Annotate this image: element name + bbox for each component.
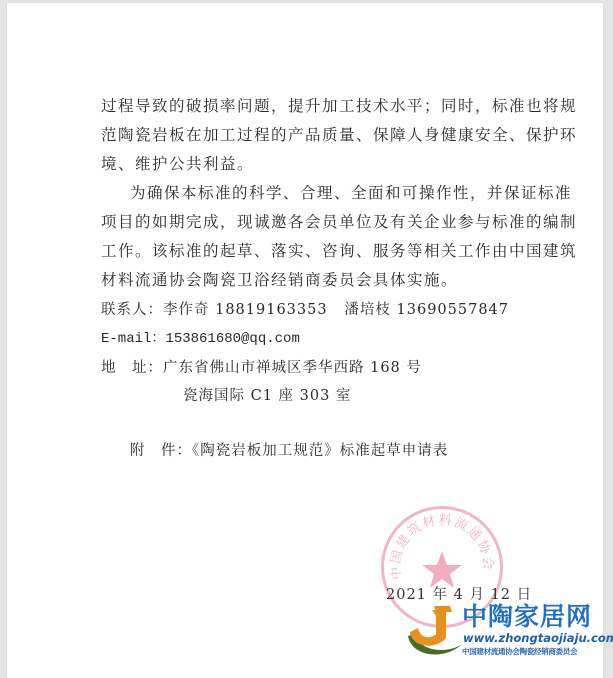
paragraph2-line1: 为确保本标准的科学、合理、全面和可操作性，并保证标准	[130, 181, 572, 203]
address-line1: 广东省佛山市禅城区季华西路 168 号	[163, 360, 422, 376]
watermark-subtitle: 中国建材流通协会陶瓷经销商委员会	[462, 646, 577, 657]
email-label: E-mail：	[101, 331, 165, 347]
paragraph2-line4: 材料流通协会陶瓷卫浴经销商委员会具体实施。	[101, 268, 458, 290]
paragraph1-line2: 范陶瓷岩板在加工过程的产品质量、保障人身健康安全、保护环	[101, 123, 577, 145]
contact-label: 联系人：	[101, 302, 163, 318]
paragraph1-line3: 境、维护公共利益。	[101, 152, 254, 174]
zhongtao-logo-icon	[406, 602, 464, 662]
paragraph2-line2: 项目的如期完成，现诚邀各会员单位及有关企业参与标准的编制	[101, 210, 577, 232]
contact-person2: 潘培枝 13690557847	[344, 302, 509, 318]
contact-row: 联系人：李作奇 18819163353 潘培枝 13690557847	[101, 298, 509, 319]
document-page: 过程导致的破损率问题，提升加工技术水平；同时，标准也将规 范陶瓷岩板在加工过程的…	[7, 3, 603, 678]
address-row: 地 址：广东省佛山市禅城区季华西路 168 号	[101, 356, 422, 377]
contact-person1: 李作奇 18819163353	[163, 302, 328, 318]
email-row: E-mail：153861680@qq.com	[101, 327, 300, 347]
paragraph1-line1: 过程导致的破损率问题，提升加工技术水平；同时，标准也将规	[101, 94, 577, 116]
attachment-row: 附 件：《陶瓷岩板加工规范》标准起草申请表	[130, 439, 448, 460]
paragraph2-line3: 工作。该标准的起草、落实、咨询、服务等相关工作由中国建筑	[101, 239, 577, 261]
address-label: 地 址：	[101, 360, 163, 376]
watermark-title: 中陶家居网	[462, 597, 592, 633]
attachment-value: 《陶瓷岩板加工规范》标准起草申请表	[192, 443, 448, 459]
watermark-url[interactable]: www.zhongtaojiaju.com	[463, 631, 613, 645]
address-line2: 瓷海国际 C1 座 303 室	[183, 384, 351, 405]
attachment-label: 附 件：	[130, 443, 192, 459]
email-value: 153861680@qq.com	[165, 331, 299, 347]
